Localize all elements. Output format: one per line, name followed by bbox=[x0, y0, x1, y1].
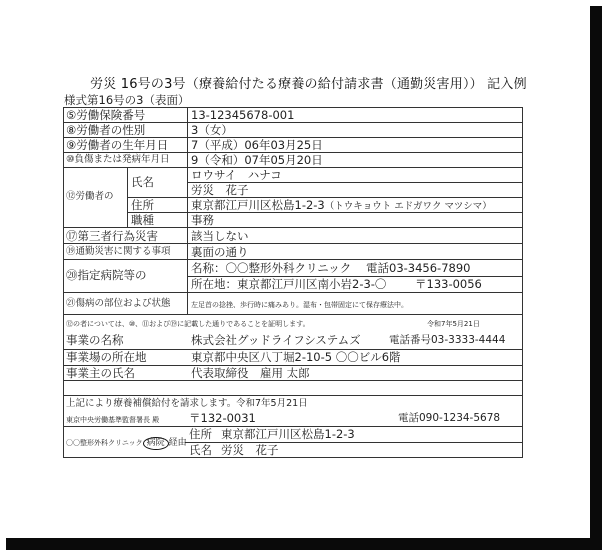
business-name-label: 事業の名称 bbox=[66, 333, 124, 347]
row-divider bbox=[63, 395, 523, 396]
column-divider bbox=[187, 107, 188, 314]
insurance-no-value: 13-12345678-001 bbox=[191, 108, 294, 122]
worker-address-text: 東京都江戸川区松島1-2-3 bbox=[191, 198, 325, 212]
page-shadow-bottom bbox=[6, 538, 602, 550]
claim-phone: 電話090-1234-5678 bbox=[398, 411, 500, 425]
certification-date: 令和7年5月21日 bbox=[427, 317, 480, 331]
worker-name-kanji: 労災 花子 bbox=[191, 183, 249, 197]
document-title: 労災 16号の3号（療養給付たる療養の給付請求書（通勤災害用）） 記入例 bbox=[90, 73, 527, 92]
injury-date-label: ⑩負傷または発病年月日 bbox=[66, 153, 170, 167]
claim-address-label: 住所 bbox=[189, 427, 212, 441]
claim-name-label: 氏名 bbox=[189, 443, 212, 457]
page-shadow-right bbox=[590, 6, 602, 550]
birthdate-value: 7（平成）06年03月25日 bbox=[191, 138, 323, 152]
insurance-no-label: ⑤労働保険番号 bbox=[66, 108, 145, 122]
claim-address: 東京都江戸川区松島1-2-3 bbox=[221, 427, 355, 441]
injury-value: 左足首の捻挫、歩行時に痛みあり。湿布・包帯固定にて保存療法中。 bbox=[191, 298, 408, 312]
table-border-right bbox=[522, 107, 523, 457]
table-border-bottom bbox=[63, 457, 523, 458]
business-phone: 電話番号03-3333-4444 bbox=[389, 333, 505, 347]
worker-address: 東京都江戸川区松島1-2-3（トウキョウト エドガワク マツシマ） bbox=[191, 198, 492, 214]
worker-address-label: 住所 bbox=[131, 198, 154, 212]
claim-statement: 上記により療養補償給付を請求します。 bbox=[66, 397, 236, 411]
via-hospital-name: 〇〇整形外科クリニック bbox=[66, 439, 143, 447]
birthdate-label: ⑨労働者の生年月日 bbox=[66, 138, 168, 152]
row-divider bbox=[63, 380, 523, 381]
via-suffix: 経由 bbox=[169, 438, 187, 448]
column-divider bbox=[127, 167, 128, 227]
claim-name: 労災 花子 bbox=[221, 443, 279, 457]
location-value: 東京都中央区八丁堀2-10-5 〇〇ビル6階 bbox=[191, 350, 401, 364]
hospital-phone: 電話03-3456-7890 bbox=[366, 261, 470, 275]
hospital-address: 所在地：東京都江戸川区南小岩2-3-〇 bbox=[191, 277, 386, 291]
worker-occupation: 事務 bbox=[191, 213, 214, 227]
row-divider bbox=[63, 167, 523, 168]
certification-statement: ⑫の者については、⑩、⑪および⑲に記載した通りであることを証明します。 bbox=[66, 317, 310, 331]
row-divider bbox=[63, 243, 523, 244]
third-party-label: ⑰第三者行為災害 bbox=[66, 229, 158, 243]
gender-label: ⑧労働者の性別 bbox=[66, 123, 145, 137]
row-divider bbox=[63, 227, 523, 228]
claim-addressee: 東京中央労働基準監督署長 殿 bbox=[66, 413, 159, 427]
table-border-left bbox=[63, 107, 64, 457]
claim-postal: 〒132-0031 bbox=[189, 411, 256, 425]
business-name: 株式会社グッドライフシステムズ bbox=[191, 333, 361, 347]
worker-name-kana: ロウサイ ハナコ bbox=[191, 168, 282, 182]
hospital-name: 名称：〇〇整形外科クリニック bbox=[191, 261, 351, 275]
via-circled-mark: 病院 bbox=[143, 437, 169, 450]
claim-via: 〇〇整形外科クリニック病院経由 bbox=[66, 436, 187, 450]
row-divider bbox=[63, 314, 523, 315]
employer-value: 代表取締役 雇用 太郎 bbox=[191, 366, 310, 380]
injury-date-value: 9（令和）07年05月20日 bbox=[191, 153, 323, 167]
worker-group-label: ⑫労働者の bbox=[66, 190, 114, 204]
hospital-postal: 〒133-0056 bbox=[415, 277, 482, 291]
document-page: 労災 16号の3号（療養給付たる療養の給付請求書（通勤災害用）） 記入例 様式第… bbox=[0, 0, 590, 538]
gender-value: 3（女） bbox=[191, 123, 233, 137]
hospital-label: ⑳指定病院等の bbox=[66, 268, 147, 282]
form-label: 様式第16号の3（表面） bbox=[64, 92, 189, 108]
location-label: 事業場の所在地 bbox=[66, 350, 147, 364]
worker-address-kana: （トウキョウト エドガワク マツシマ） bbox=[325, 201, 492, 212]
worker-occupation-label: 職種 bbox=[131, 213, 154, 227]
employer-label: 事業主の氏名 bbox=[66, 366, 135, 380]
third-party-value: 該当しない bbox=[191, 229, 249, 243]
injury-label: ㉑傷病の部位および状態 bbox=[66, 297, 171, 311]
commute-label: ⑲通勤災害に関する事項 bbox=[66, 245, 171, 259]
commute-value: 裏面の通り bbox=[191, 245, 249, 259]
worker-name-label: 氏名 bbox=[131, 175, 154, 189]
row-divider bbox=[63, 292, 523, 293]
row-divider bbox=[63, 259, 523, 260]
claim-date: 令和7年5月21日 bbox=[236, 397, 308, 411]
